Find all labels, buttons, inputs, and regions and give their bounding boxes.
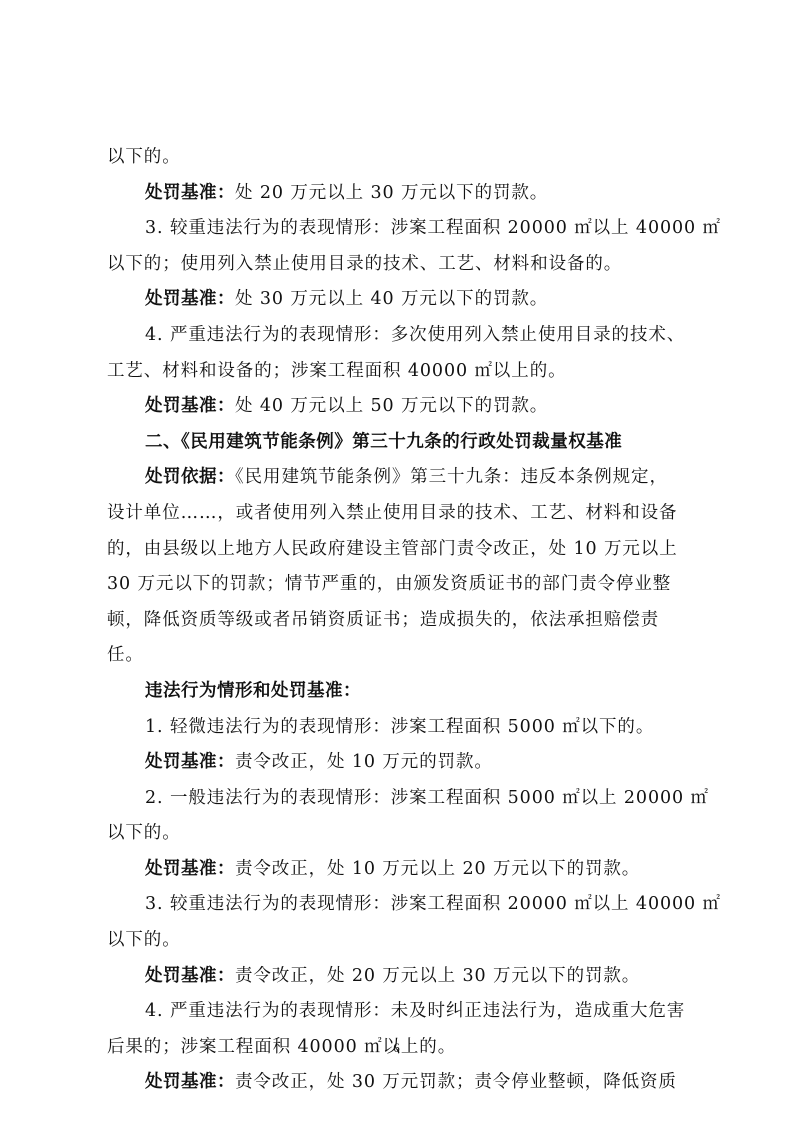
line-text: 以下的。 [107, 147, 181, 167]
penalty-standard-line: 处罚基准：责令改正，处 20 万元以上 30 万元以下的罚款。 [107, 959, 691, 995]
line-text: 处 20 万元以上 30 万元以下的罚款。 [235, 183, 548, 203]
paragraph-line: 以下的。 [107, 816, 691, 852]
paragraph-line: 任。 [107, 638, 691, 674]
page-number: 6 [0, 1040, 793, 1056]
line-text: 责令改正，处 10 万元以上 20 万元以下的罚款。 [235, 859, 640, 879]
paragraph-line: 以下的。 [107, 923, 691, 959]
line-text: 30 万元以下的罚款；情节严重的，由颁发资质证书的部门责令停业整 [107, 574, 671, 594]
line-text: 1. 轻微违法行为的表现情形：涉案工程面积 5000 ㎡以下的。 [145, 717, 654, 737]
label-bold: 处罚基准： [145, 183, 235, 203]
paragraph-line: 1. 轻微违法行为的表现情形：涉案工程面积 5000 ㎡以下的。 [107, 710, 691, 746]
paragraph-line: 顿，降低资质等级或者吊销资质证书；造成损失的，依法承担赔偿责 [107, 603, 691, 639]
label-bold: 处罚基准： [145, 289, 235, 309]
line-text: 3. 较重违法行为的表现情形：涉案工程面积 20000 ㎡以上 40000 ㎡ [145, 894, 721, 914]
line-text: 任。 [107, 645, 144, 665]
penalty-standard-line: 处罚基准：处 40 万元以上 50 万元以下的罚款。 [107, 389, 691, 425]
line-text: 4. 严重违法行为的表现情形：未及时纠正违法行为，造成重大危害 [145, 1001, 685, 1021]
paragraph-line: 2. 一般违法行为的表现情形：涉案工程面积 5000 ㎡以上 20000 ㎡ [107, 781, 691, 817]
paragraph-line: 3. 较重违法行为的表现情形：涉案工程面积 20000 ㎡以上 40000 ㎡ [107, 887, 691, 923]
paragraph-line: 设计单位……，或者使用列入禁止使用目录的技术、工艺、材料和设备 [107, 496, 691, 532]
heading-text: 违法行为情形和处罚基准： [145, 681, 361, 701]
line-text: 《民用建筑节能条例》第三十九条：违反本条例规定， [235, 467, 668, 487]
line-text: 责令改正，处 30 万元罚款；责令停业整顿，降低资质 [235, 1072, 677, 1092]
penalty-standard-line: 处罚基准：处 20 万元以上 30 万元以下的罚款。 [107, 176, 691, 212]
line-text: 以下的；使用列入禁止使用目录的技术、工艺、材料和设备的。 [107, 254, 622, 274]
label-bold: 处罚基准： [145, 966, 235, 986]
line-text: 2. 一般违法行为的表现情形：涉案工程面积 5000 ㎡以上 20000 ㎡ [145, 788, 709, 808]
paragraph-line: 3. 较重违法行为的表现情形：涉案工程面积 20000 ㎡以上 40000 ㎡ [107, 211, 691, 247]
line-text: 责令改正，处 20 万元以上 30 万元以下的罚款。 [235, 966, 640, 986]
penalty-basis-line: 处罚依据：《民用建筑节能条例》第三十九条：违反本条例规定， [107, 460, 691, 496]
label-bold: 处罚基准： [145, 859, 235, 879]
paragraph-line: 以下的；使用列入禁止使用目录的技术、工艺、材料和设备的。 [107, 247, 691, 283]
paragraph-line: 4. 严重违法行为的表现情形：未及时纠正违法行为，造成重大危害 [107, 994, 691, 1030]
line-text: 4. 严重违法行为的表现情形：多次使用列入禁止使用目录的技术、 [145, 325, 685, 345]
heading-text: 二、《民用建筑节能条例》第三十九条的行政处罚裁量权基准 [145, 432, 622, 452]
paragraph-line: 以下的。 [107, 140, 691, 176]
line-text: 处 30 万元以上 40 万元以下的罚款。 [235, 289, 548, 309]
line-text: 工艺、材料和设备的；涉案工程面积 40000 ㎡以上的。 [107, 361, 567, 381]
penalty-standard-line: 处罚基准：责令改正，处 10 万元的罚款。 [107, 745, 691, 781]
paragraph-line: 4. 严重违法行为的表现情形：多次使用列入禁止使用目录的技术、 [107, 318, 691, 354]
section-heading: 二、《民用建筑节能条例》第三十九条的行政处罚裁量权基准 [107, 425, 691, 461]
label-bold: 处罚基准： [145, 1072, 235, 1092]
line-text: 以下的。 [107, 823, 181, 843]
label-bold: 处罚依据： [145, 467, 235, 487]
paragraph-line: 30 万元以下的罚款；情节严重的，由颁发资质证书的部门责令停业整 [107, 567, 691, 603]
line-text: 处 40 万元以上 50 万元以下的罚款。 [235, 396, 548, 416]
document-page: 以下的。 处罚基准：处 20 万元以上 30 万元以下的罚款。 3. 较重违法行… [107, 140, 691, 1101]
label-bold: 处罚基准： [145, 396, 235, 416]
line-text: 的，由县级以上地方人民政府建设主管部门责令改正，处 10 万元以上 [107, 539, 678, 559]
line-text: 3. 较重违法行为的表现情形：涉案工程面积 20000 ㎡以上 40000 ㎡ [145, 218, 721, 238]
penalty-standard-line: 处罚基准：处 30 万元以上 40 万元以下的罚款。 [107, 282, 691, 318]
penalty-standard-line: 处罚基准：责令改正，处 30 万元罚款；责令停业整顿，降低资质 [107, 1065, 691, 1101]
line-text: 设计单位……，或者使用列入禁止使用目录的技术、工艺、材料和设备 [107, 503, 677, 523]
paragraph-line: 工艺、材料和设备的；涉案工程面积 40000 ㎡以上的。 [107, 354, 691, 390]
subsection-heading: 违法行为情形和处罚基准： [107, 674, 691, 710]
penalty-standard-line: 处罚基准：责令改正，处 10 万元以上 20 万元以下的罚款。 [107, 852, 691, 888]
line-text: 以下的。 [107, 930, 181, 950]
line-text: 顿，降低资质等级或者吊销资质证书；造成损失的，依法承担赔偿责 [107, 610, 659, 630]
line-text: 责令改正，处 10 万元的罚款。 [235, 752, 493, 772]
paragraph-line: 的，由县级以上地方人民政府建设主管部门责令改正，处 10 万元以上 [107, 532, 691, 568]
label-bold: 处罚基准： [145, 752, 235, 772]
